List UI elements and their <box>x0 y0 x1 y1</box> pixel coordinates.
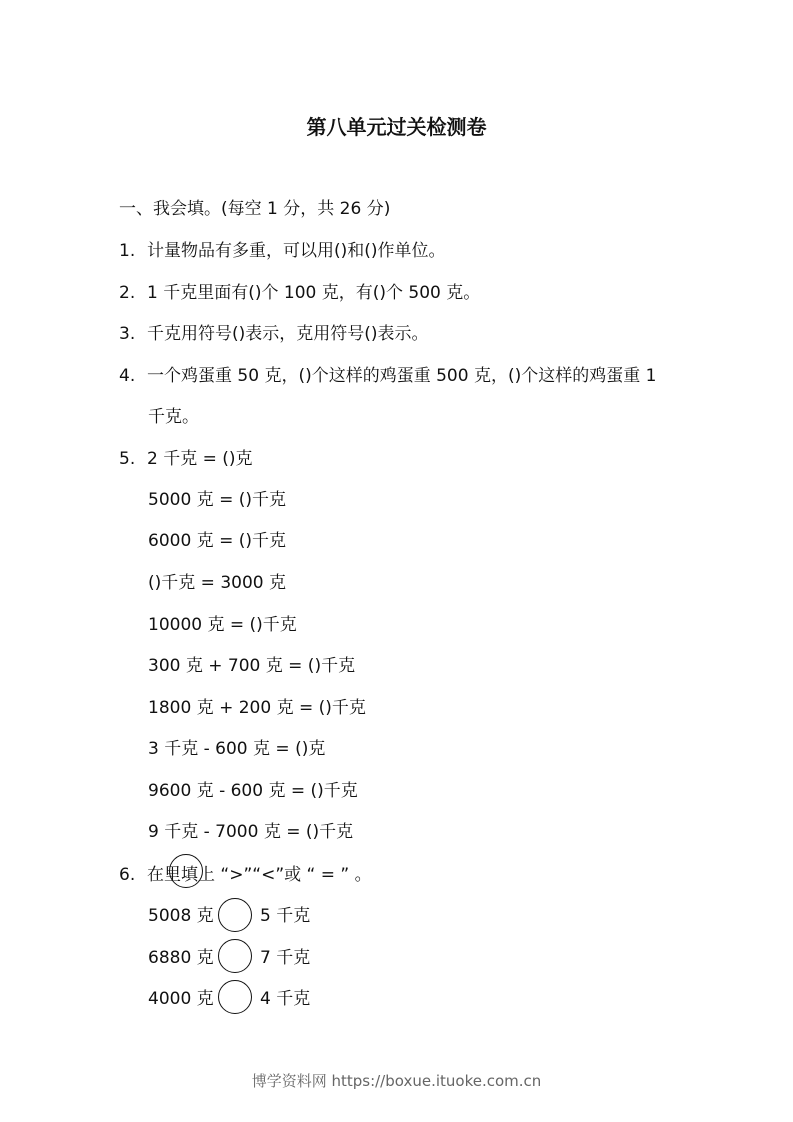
question-text: 2 千克 = ()克 <box>147 449 253 469</box>
comparison-right: 4 千克 <box>260 987 310 1011</box>
question-number: 4. <box>119 364 147 388</box>
answer-circle[interactable] <box>218 898 252 932</box>
question-3: 3.千克用符号()表示，克用符号()表示。 <box>119 321 429 346</box>
question-number: 5. <box>119 447 147 471</box>
q5-item: ()千克 = 3000 克 <box>148 571 286 595</box>
question-number: 1. <box>119 239 147 263</box>
q5-item: 5000 克 = ()千克 <box>148 488 286 512</box>
comparison-left: 4000 克 <box>148 987 214 1011</box>
answer-circle[interactable] <box>218 939 252 973</box>
q5-item: 6000 克 = ()千克 <box>148 529 286 553</box>
q5-item: 300 克 + 700 克 = ()千克 <box>148 654 355 678</box>
q5-item: 1800 克 + 200 克 = ()千克 <box>148 696 366 720</box>
q5-item: 9 千克 - 7000 克 = ()千克 <box>148 820 353 844</box>
comparison-right: 7 千克 <box>260 946 310 970</box>
question-text: 千克用符号()表示，克用符号()表示。 <box>147 324 429 344</box>
question-5: 5.2 千克 = ()克 <box>119 446 253 471</box>
question-number: 6. <box>119 863 147 887</box>
question-number: 2. <box>119 281 147 305</box>
footer-watermark: 博学资料网 https://boxue.ituoke.com.cn <box>0 1070 793 1091</box>
question-4: 4.一个鸡蛋重 50 克，()个这样的鸡蛋重 500 克，()个这样的鸡蛋重 1 <box>119 363 656 388</box>
comparison-right: 5 千克 <box>260 904 310 928</box>
comparison-left: 6880 克 <box>148 946 214 970</box>
question-4-continuation: 千克。 <box>148 405 199 429</box>
q5-item: 10000 克 = ()千克 <box>148 613 297 637</box>
question-number: 3. <box>119 322 147 346</box>
question-2: 2.1 千克里面有()个 100 克，有()个 500 克。 <box>119 280 480 305</box>
section-heading: 一、我会填。(每空 1 分，共 26 分) <box>119 197 390 221</box>
q5-item: 3 千克 - 600 克 = ()克 <box>148 737 325 761</box>
page-title: 第八单元过关检测卷 <box>0 111 793 140</box>
circle-symbol-icon <box>169 854 203 888</box>
q5-item: 9600 克 - 600 克 = ()千克 <box>148 779 358 803</box>
question-1: 1.计量物品有多重，可以用()和()作单位。 <box>119 238 446 263</box>
question-text: 1 千克里面有()个 100 克，有()个 500 克。 <box>147 283 480 303</box>
question-text: 一个鸡蛋重 50 克，()个这样的鸡蛋重 500 克，()个这样的鸡蛋重 1 <box>147 366 656 386</box>
answer-circle[interactable] <box>218 980 252 1014</box>
question-text: 计量物品有多重，可以用()和()作单位。 <box>147 241 446 261</box>
comparison-left: 5008 克 <box>148 904 214 928</box>
question-6: 6.在里填上 “>”“<”或 “ = ” 。 <box>119 862 372 887</box>
